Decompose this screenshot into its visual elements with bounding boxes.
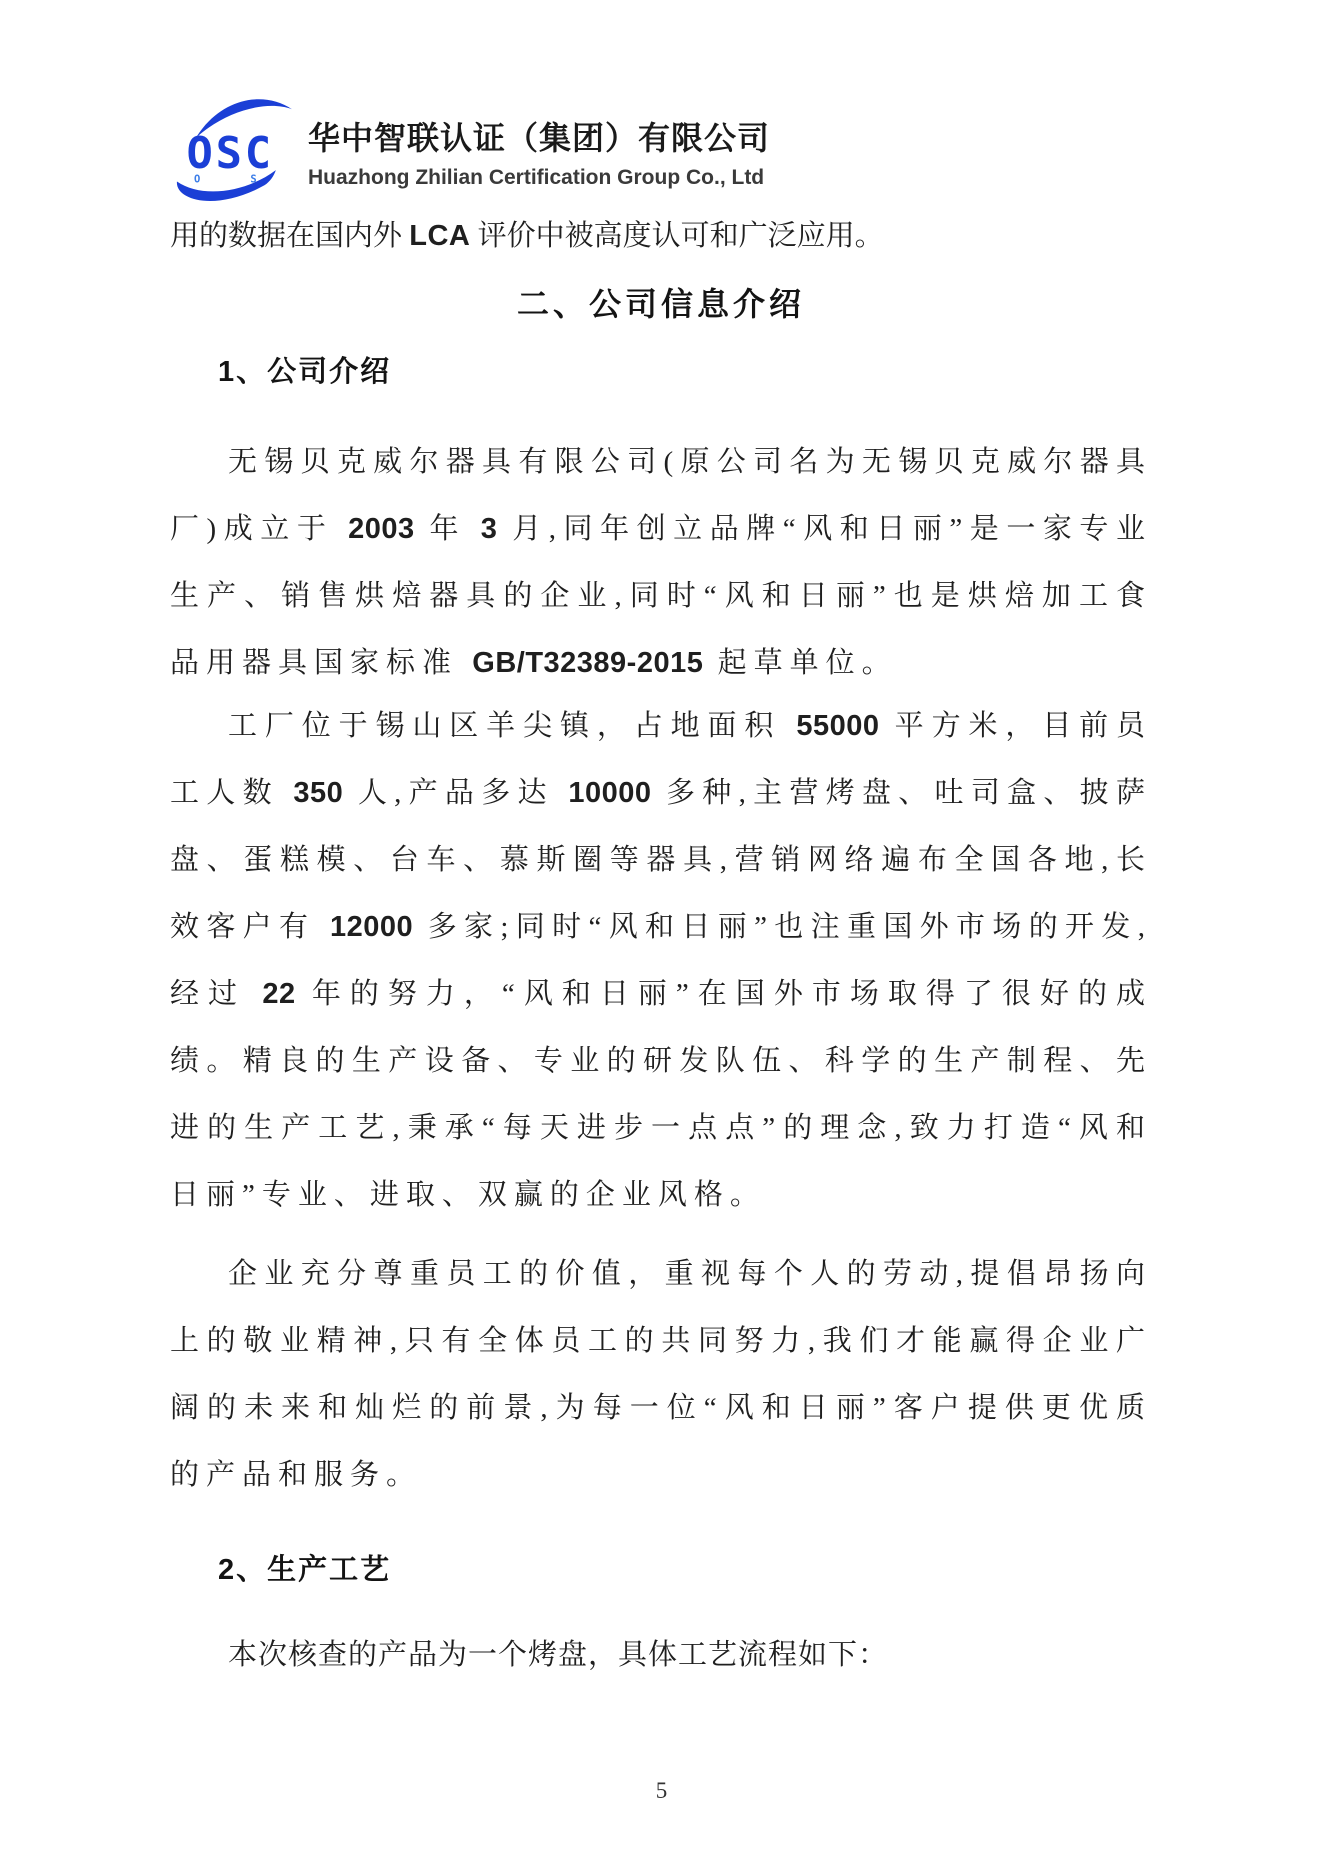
document-content: OSC O S C 华中智联认证（集团）有限公司 Huazhong Zhilia…: [170, 93, 1152, 1685]
osc-logo-icon: OSC O S C: [170, 94, 298, 210]
subsection-heading-production-process: 2、生产工艺: [218, 1547, 1152, 1593]
company-name-zh: 华中智联认证（集团）有限公司: [308, 118, 770, 158]
company-name-en: Huazhong Zhilian Certification Group Co.…: [308, 165, 770, 191]
logo-small-letters: O S C: [194, 173, 298, 185]
paragraph-verification-product: 本次核查的产品为一个烤盘，具体工艺流程如下：: [170, 1625, 1152, 1685]
paragraph-employee-values: 企业充分尊重员工的价值，重视每个人的劳动,提倡昂扬向上的敬业精神,只有全体员工的…: [170, 1241, 1152, 1509]
company-logo: OSC O S C: [170, 94, 298, 210]
letterhead: OSC O S C 华中智联认证（集团）有限公司 Huazhong Zhilia…: [170, 93, 1152, 211]
paragraph-factory-details: 工厂位于锡山区羊尖镇，占地面积 55000 平方米，目前员工人数 350 人,产…: [170, 693, 1152, 1229]
letterhead-titles: 华中智联认证（集团）有限公司 Huazhong Zhilian Certific…: [308, 114, 770, 191]
logo-main-letters: OSC: [186, 128, 274, 179]
paragraph-company-history: 无锡贝克威尔器具有限公司(原公司名为无锡贝克威尔器具厂)成立于 2003 年 3…: [170, 429, 1152, 697]
section-heading-company-info: 二、公司信息介绍: [170, 275, 1152, 333]
document-page: OSC O S C 华中智联认证（集团）有限公司 Huazhong Zhilia…: [0, 0, 1323, 1870]
subsection-heading-company-intro: 1、公司介绍: [218, 349, 1152, 395]
page-number: 5: [0, 1778, 1323, 1804]
paragraph-lca-continuation: 用的数据在国内外 LCA 评价中被高度认可和广泛应用。: [170, 211, 1152, 261]
